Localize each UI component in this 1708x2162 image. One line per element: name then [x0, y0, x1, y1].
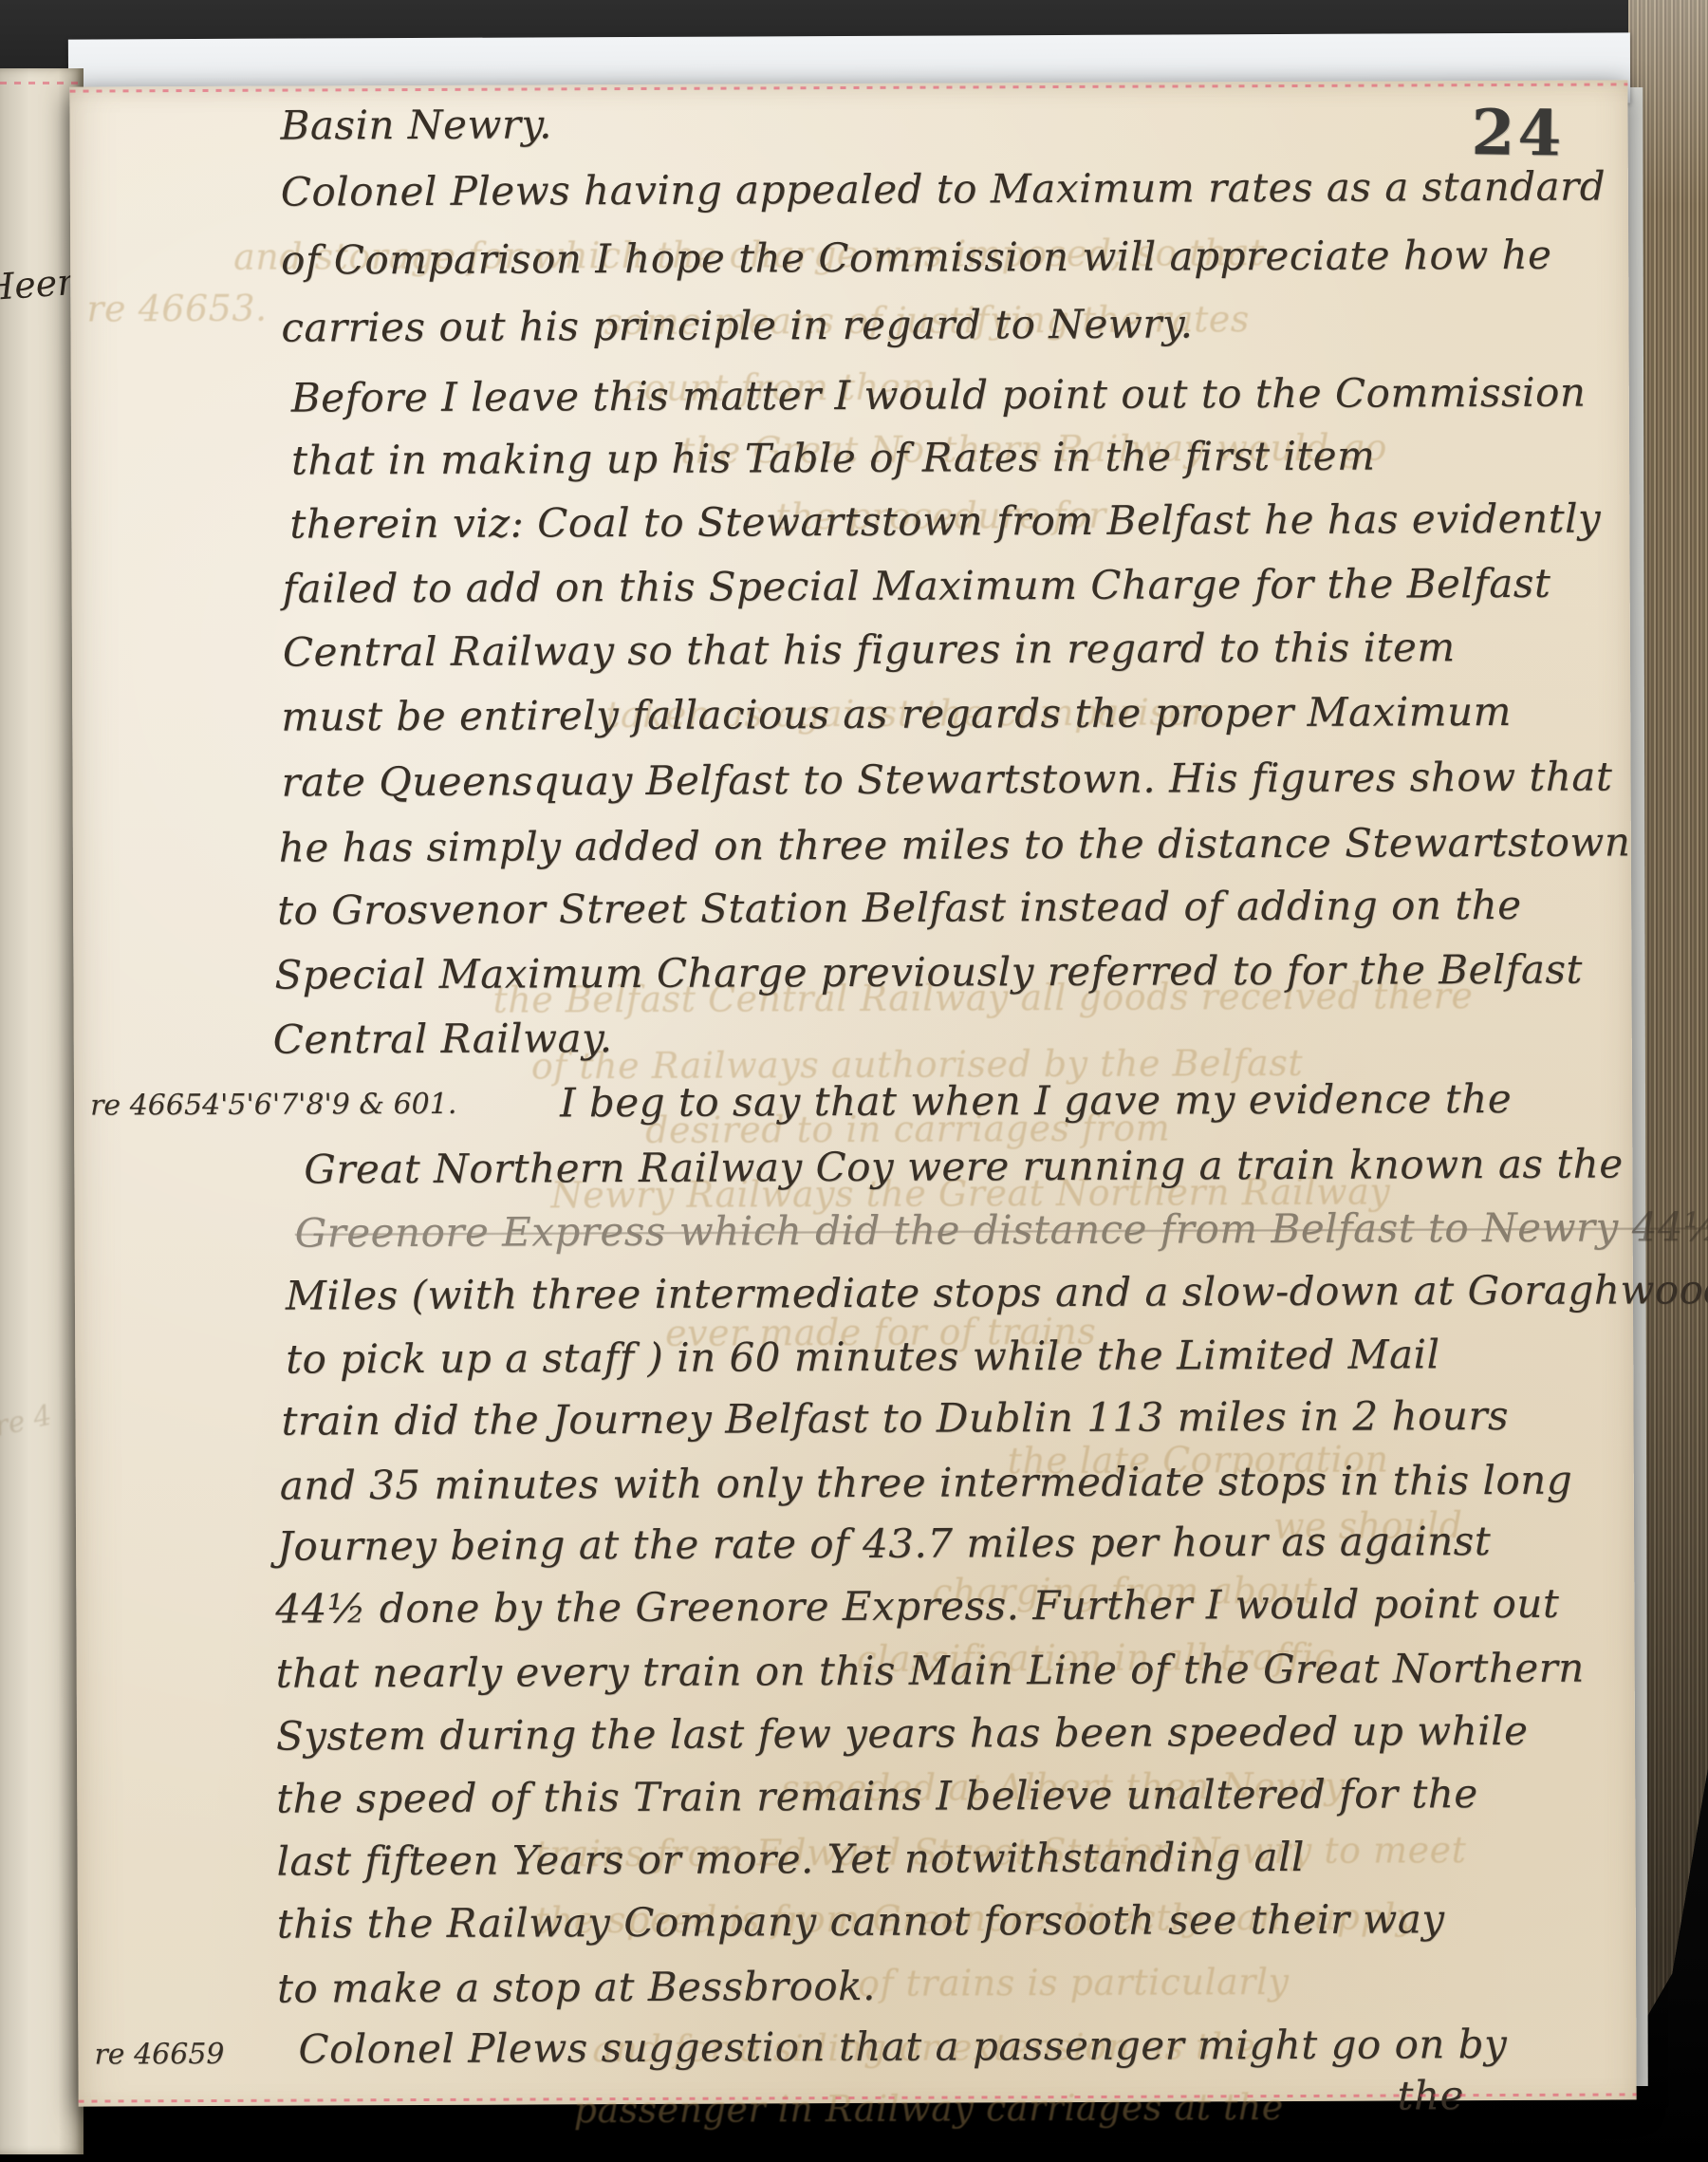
manuscript-line: therein viz: Coal to Stewartstown from B…: [289, 495, 1601, 548]
manuscript-line: he has simply added on three miles to th…: [279, 818, 1631, 870]
manuscript-line: to Grosvenor Street Station Belfast inst…: [277, 882, 1522, 934]
manuscript-line: last fifteen Years or more. Yet notwiths…: [276, 1834, 1305, 1885]
manuscript-line: re 46654'5'6'7'8'9 & 601.: [90, 1088, 456, 1123]
edge-tick-line: [0, 82, 84, 84]
left-strip-ghost-mark: re 4: [0, 1399, 55, 1444]
manuscript-line: failed to add on this Special Maximum Ch…: [283, 560, 1551, 612]
manuscript-line: Central Railway so that his figures in r…: [283, 624, 1456, 675]
left-strip-ink-mark: Heen: [0, 260, 82, 308]
manuscript-line: the speed of this Train remains I believ…: [276, 1770, 1478, 1822]
manuscript-scan: Heen re 4 24 and storage for which the c…: [0, 0, 1708, 2162]
manuscript-line: that in making up his Table of Rates in …: [291, 433, 1375, 484]
manuscript-line: train did the Journey Belfast to Dublin …: [281, 1392, 1509, 1444]
manuscript-line: the: [1398, 2072, 1465, 2118]
manuscript-line: System during the last few years has bee…: [276, 1707, 1529, 1760]
manuscript-line: this the Railway Company cannot forsooth…: [277, 1895, 1445, 1947]
manuscript-line: that nearly every train on this Main Lin…: [276, 1645, 1585, 1697]
manuscript-line: Basin Newry.: [280, 101, 552, 148]
handwriting-layer: Basin Newry.Colonel Plews having appeale…: [69, 80, 1636, 2106]
manuscript-line: rate Queensquay Belfast to Stewartstown.…: [281, 754, 1612, 806]
manuscript-line: must be entirely fallacious as regards t…: [281, 688, 1512, 740]
manuscript-line: Journey being at the rate of 43.7 miles …: [277, 1518, 1491, 1570]
manuscript-line: Special Maximum Charge previously referr…: [274, 946, 1583, 998]
manuscript-line: carries out his principle in regard to N…: [281, 300, 1193, 350]
manuscript-line: to pick up a staff ) in 60 minutes while…: [286, 1331, 1439, 1382]
manuscript-page: 24 and storage for which the charge was …: [69, 80, 1636, 2106]
manuscript-line: I beg to say that when I gave my evidenc…: [560, 1075, 1512, 1126]
manuscript-line: of Comparison I hope the Commission will…: [281, 232, 1552, 284]
manuscript-line: Before I leave this matter I would point…: [291, 369, 1587, 421]
manuscript-line: Colonel Plews having appealed to Maximum…: [281, 163, 1606, 215]
manuscript-line: Greenore Express which did the distance …: [295, 1203, 1708, 1257]
manuscript-line: Central Railway.: [273, 1015, 613, 1063]
manuscript-line: 44½ done by the Greenore Express. Furthe…: [275, 1580, 1559, 1632]
manuscript-line: to make a stop at Bessbrook.: [277, 1963, 876, 2012]
manuscript-line: Colonel Plews suggestion that a passenge…: [298, 2021, 1507, 2073]
manuscript-line: re 46659: [94, 2038, 224, 2072]
manuscript-line: Miles (with three intermediate stops and…: [286, 1266, 1708, 1319]
manuscript-line: Great Northern Railway Coy were running …: [304, 1140, 1624, 1192]
manuscript-line: and 35 minutes with only three intermedi…: [280, 1457, 1573, 1509]
